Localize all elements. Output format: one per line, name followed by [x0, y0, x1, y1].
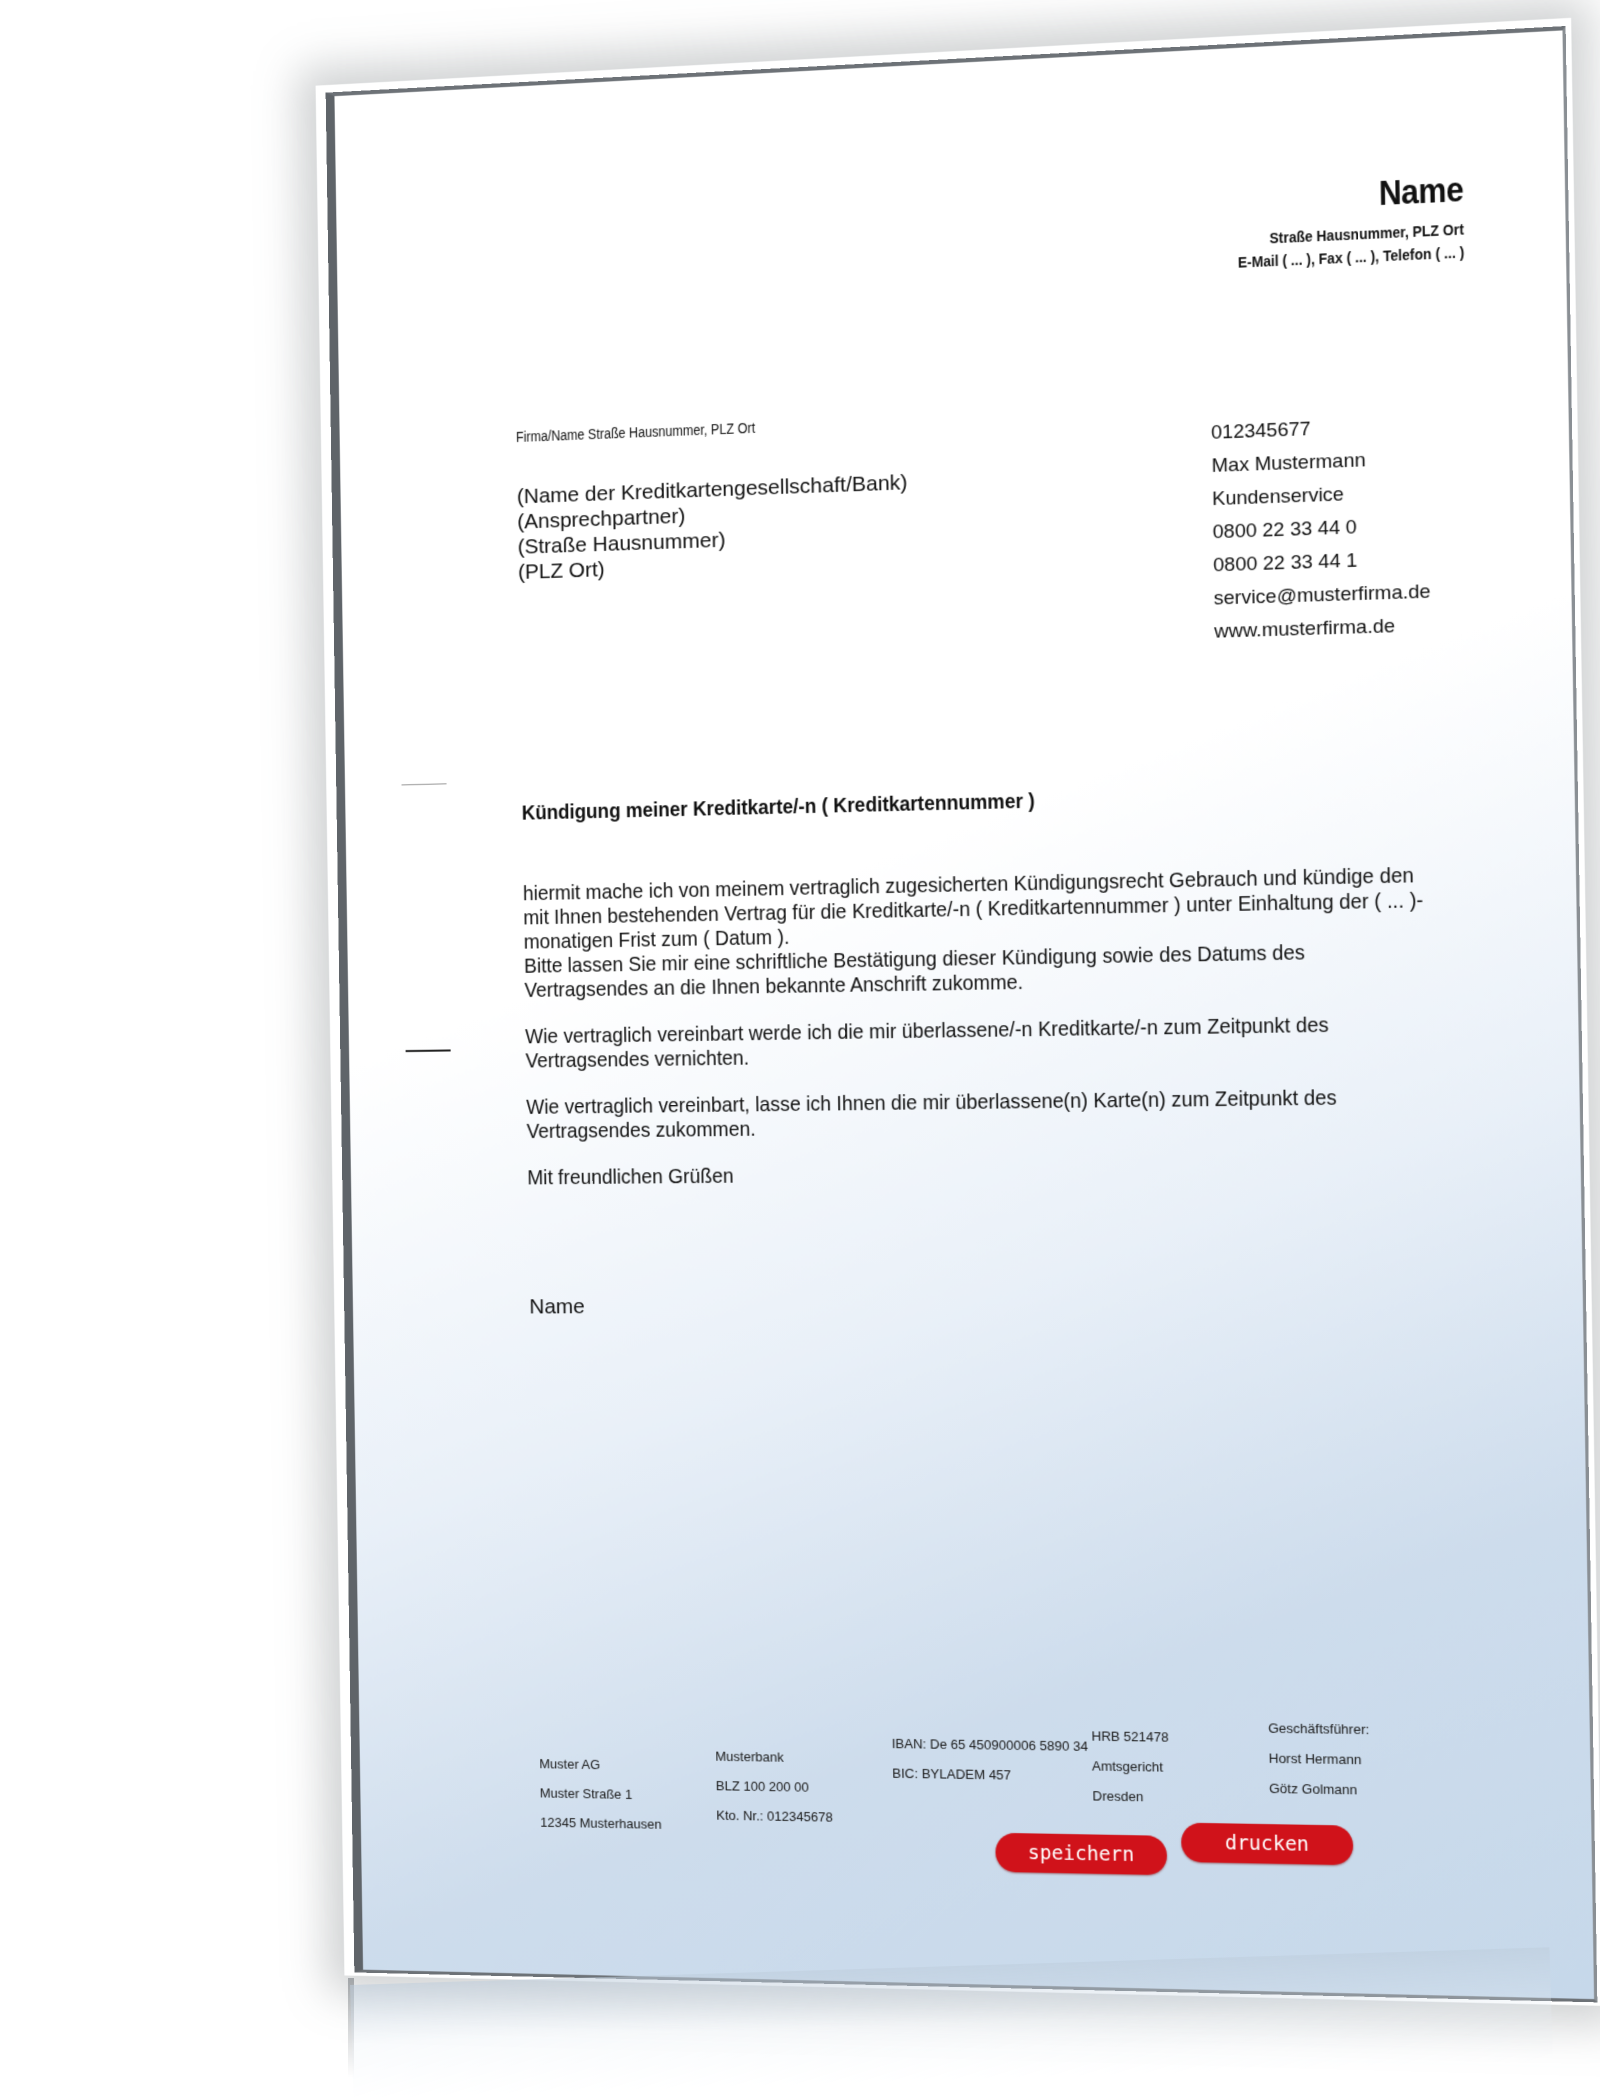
footer-iban: IBAN: De 65 450900006 5890 34 BIC: BYLAD…	[892, 1729, 1089, 1791]
fold-mark	[402, 783, 447, 785]
letter-body: hiermit mache ich von meinem vertraglich…	[523, 865, 1374, 1213]
info-website: www.musterfirma.de	[1214, 609, 1432, 649]
footer-bank-code: BLZ 100 200 00	[716, 1771, 833, 1802]
punch-mark	[406, 1049, 451, 1052]
footer-bic: BIC: BYLADEM 457	[892, 1758, 1089, 1791]
footer-management-label: Geschäftsführer:	[1268, 1713, 1370, 1745]
footer-court-city: Dresden	[1092, 1781, 1170, 1812]
footer-register: HRB 521478 Amtsgericht Dresden	[1091, 1721, 1170, 1812]
footer-company-street: Muster Straße 1	[540, 1778, 662, 1809]
print-button[interactable]: drucken	[1181, 1823, 1353, 1866]
footer-bank: Musterbank BLZ 100 200 00 Kto. Nr.: 0123…	[715, 1741, 833, 1831]
footer-bank-name: Musterbank	[715, 1741, 832, 1772]
footer-company-name: Muster AG	[539, 1749, 661, 1780]
footer-manager: Horst Hermann	[1268, 1743, 1370, 1775]
info-email: service@musterfirma.de	[1213, 576, 1431, 616]
footer-hrb: HRB 521478	[1091, 1721, 1169, 1752]
recipient-address: (Name der Kreditkartengesellschaft/Bank)…	[517, 470, 909, 585]
footer-management: Geschäftsführer: Horst Hermann Götz Golm…	[1268, 1713, 1371, 1805]
letter-subject: Kündigung meiner Kreditkarte/-n ( Kredit…	[522, 789, 1035, 826]
sender-header: Name Straße Hausnummer, PLZ Ort E-Mail (…	[1206, 170, 1464, 277]
footer-court: Amtsgericht	[1092, 1751, 1170, 1782]
closing-salutation: Mit freundlichen Grüßen	[527, 1159, 1373, 1191]
save-button[interactable]: speichern	[995, 1833, 1167, 1875]
footer-iban-number: IBAN: De 65 450900006 5890 34	[892, 1729, 1089, 1762]
footer-manager: Götz Golmann	[1269, 1773, 1371, 1805]
letter-page: Name Straße Hausnummer, PLZ Ort E-Mail (…	[326, 26, 1598, 2002]
footer-company-city: 12345 Musterhausen	[540, 1808, 662, 1839]
body-paragraph: Wie vertraglich vereinbart, lasse ich Ih…	[526, 1086, 1372, 1145]
footer-company: Muster AG Muster Straße 1 12345 Musterha…	[539, 1749, 662, 1839]
body-paragraph: hiermit mache ich von meinem vertraglich…	[523, 865, 1370, 1004]
signature-name: Name	[529, 1295, 585, 1319]
info-block: 012345677 Max Mustermann Kundenservice 0…	[1211, 409, 1432, 649]
document-preview: Name Straße Hausnummer, PLZ Ort E-Mail (…	[0, 0, 1600, 2100]
sender-name: Name	[1237, 170, 1464, 221]
body-paragraph: Wie vertraglich vereinbart werde ich die…	[525, 1013, 1371, 1074]
return-address-line: Firma/Name Straße Hausnummer, PLZ Ort	[516, 420, 755, 446]
footer-account-number: Kto. Nr.: 012345678	[716, 1800, 833, 1832]
